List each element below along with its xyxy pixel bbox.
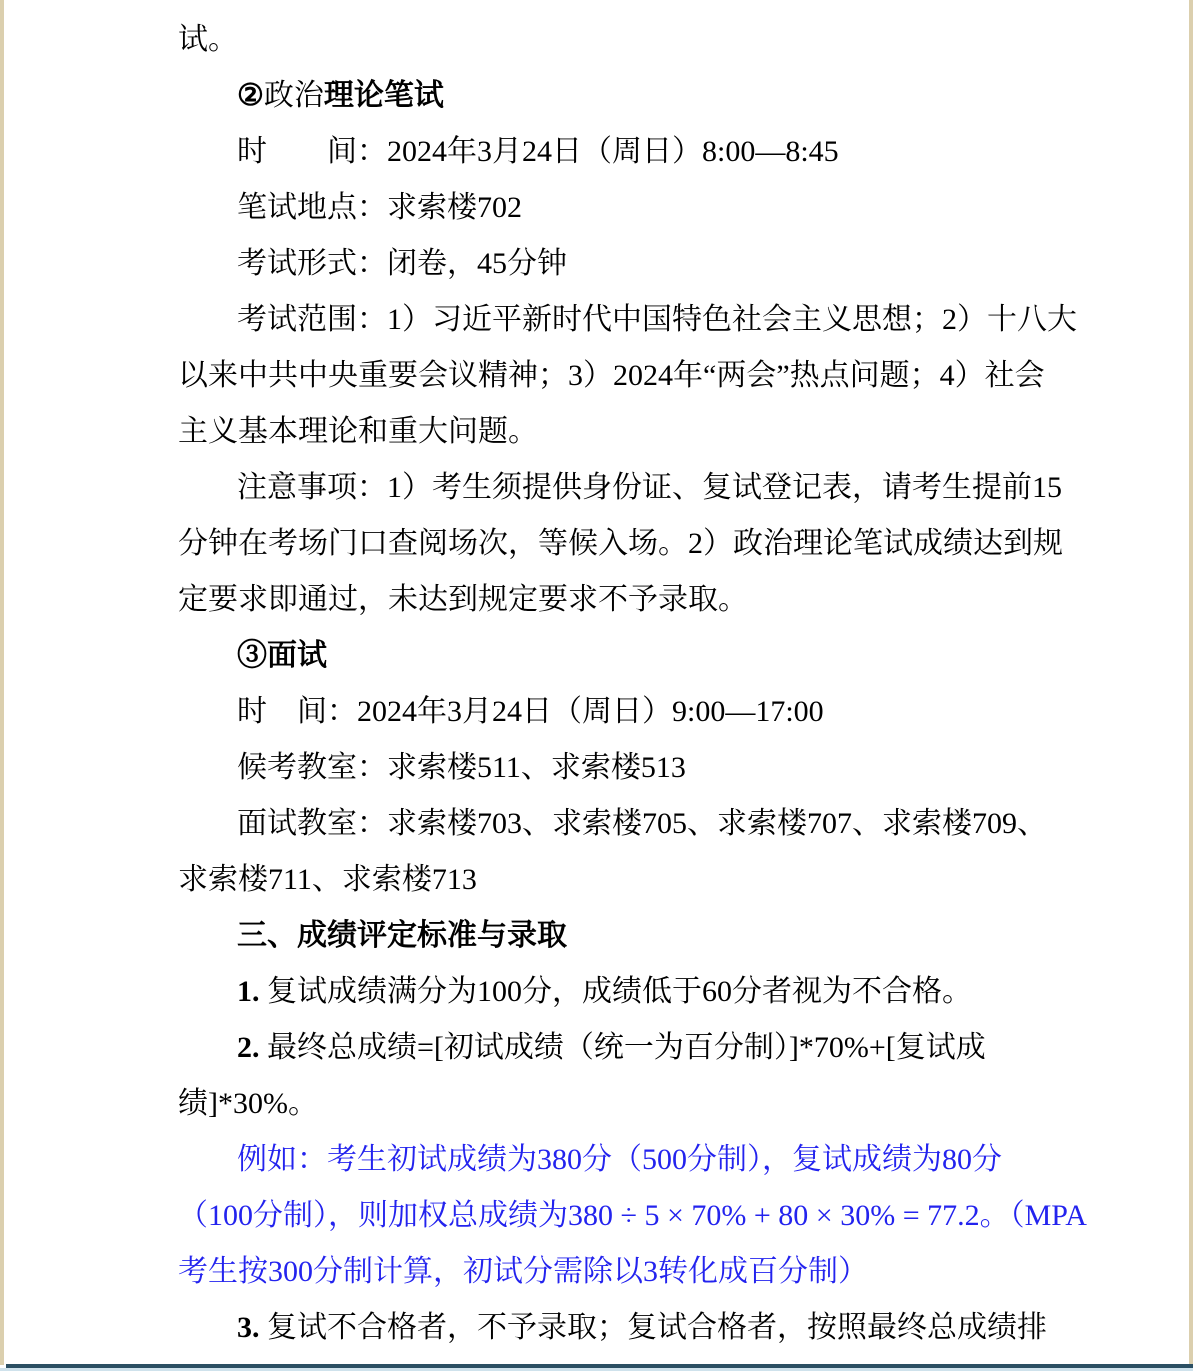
field-notes-line2: 分钟在考场门口查阅场次，等候入场。2）政治理论笔试成绩达到规	[178, 516, 1038, 572]
field-exam-scope-line2: 以来中共中央重要会议精神；3）2024年“两会”热点问题；4）社会	[178, 348, 1038, 404]
item-2-final-score-formula-line1: 2. 最终总成绩=[初试成绩（统一为百分制）]*70%+[复试成	[178, 1020, 1038, 1076]
page-left-edge	[0, 0, 4, 1365]
field-exam-scope-line1: 考试范围：1）习近平新时代中国特色社会主义思想；2）十八大	[178, 292, 1038, 348]
item-3-admission-rule: 3. 复试不合格者，不予录取；复试合格者，按照最终总成绩排	[178, 1300, 1038, 1356]
field-written-test-location: 笔试地点：求索楼702	[178, 180, 1038, 236]
field-interview-time: 时 间：2024年3月24日（周日）9:00—17:00	[178, 684, 1038, 740]
line-wrap-shi: 试。	[178, 12, 1038, 68]
item-1-text: 复试成绩满分为100分，成绩低于60分者视为不合格。	[260, 975, 973, 1008]
field-exam-scope-line3: 主义基本理论和重大问题。	[178, 404, 1038, 460]
example-line3: 考生按300分制计算，初试分需除以3转化成百分制）	[178, 1244, 1038, 1300]
heading-lilun-bishi: 理论笔试	[324, 79, 444, 112]
heading-interview: ③面试	[178, 628, 1038, 684]
item-1-number: 1.	[237, 975, 260, 1008]
item-3-number: 3.	[237, 1311, 260, 1344]
document-body: 试。 ②政治理论笔试 时 间：2024年3月24日（周日）8:00—8:45 笔…	[178, 12, 1038, 1356]
field-interview-rooms-line2: 求索楼711、求索楼713	[178, 852, 1038, 908]
example-line1: 例如：考生初试成绩为380分（500分制），复试成绩为80分	[178, 1132, 1038, 1188]
field-notes-line3: 定要求即通过，未达到规定要求不予录取。	[178, 572, 1038, 628]
heading-zhengzhi: 政治	[264, 79, 324, 112]
heading-political-theory-written-test: ②政治理论笔试	[178, 68, 1038, 124]
item-2-text: 最终总成绩=[初试成绩（统一为百分制）]*70%+[复试成	[260, 1031, 986, 1064]
heading-circled-2: ②	[237, 79, 264, 112]
example-line2: （100分制），则加权总成绩为380 ÷ 5 × 70% + 80 × 30% …	[178, 1188, 1038, 1244]
field-notes-line1: 注意事项：1）考生须提供身份证、复试登记表，请考生提前15	[178, 460, 1038, 516]
item-1-score-rule: 1. 复试成绩满分为100分，成绩低于60分者视为不合格。	[178, 964, 1038, 1020]
document-page: 试。 ②政治理论笔试 时 间：2024年3月24日（周日）8:00—8:45 笔…	[0, 0, 1193, 1371]
field-interview-rooms-line1: 面试教室：求索楼703、求索楼705、求索楼707、求索楼709、	[178, 796, 1038, 852]
item-3-text: 复试不合格者，不予录取；复试合格者，按照最终总成绩排	[260, 1311, 1048, 1344]
item-2-final-score-formula-line2: 绩]*30%。	[178, 1076, 1038, 1132]
field-written-test-time: 时 间：2024年3月24日（周日）8:00—8:45	[178, 124, 1038, 180]
field-exam-format: 考试形式：闭卷，45分钟	[178, 236, 1038, 292]
field-waiting-rooms: 候考教室：求索楼511、求索楼513	[178, 740, 1038, 796]
page-right-edge	[1189, 0, 1193, 1365]
heading-section-3-scoring-admission: 三、成绩评定标准与录取	[178, 908, 1038, 964]
item-2-number: 2.	[237, 1031, 260, 1064]
